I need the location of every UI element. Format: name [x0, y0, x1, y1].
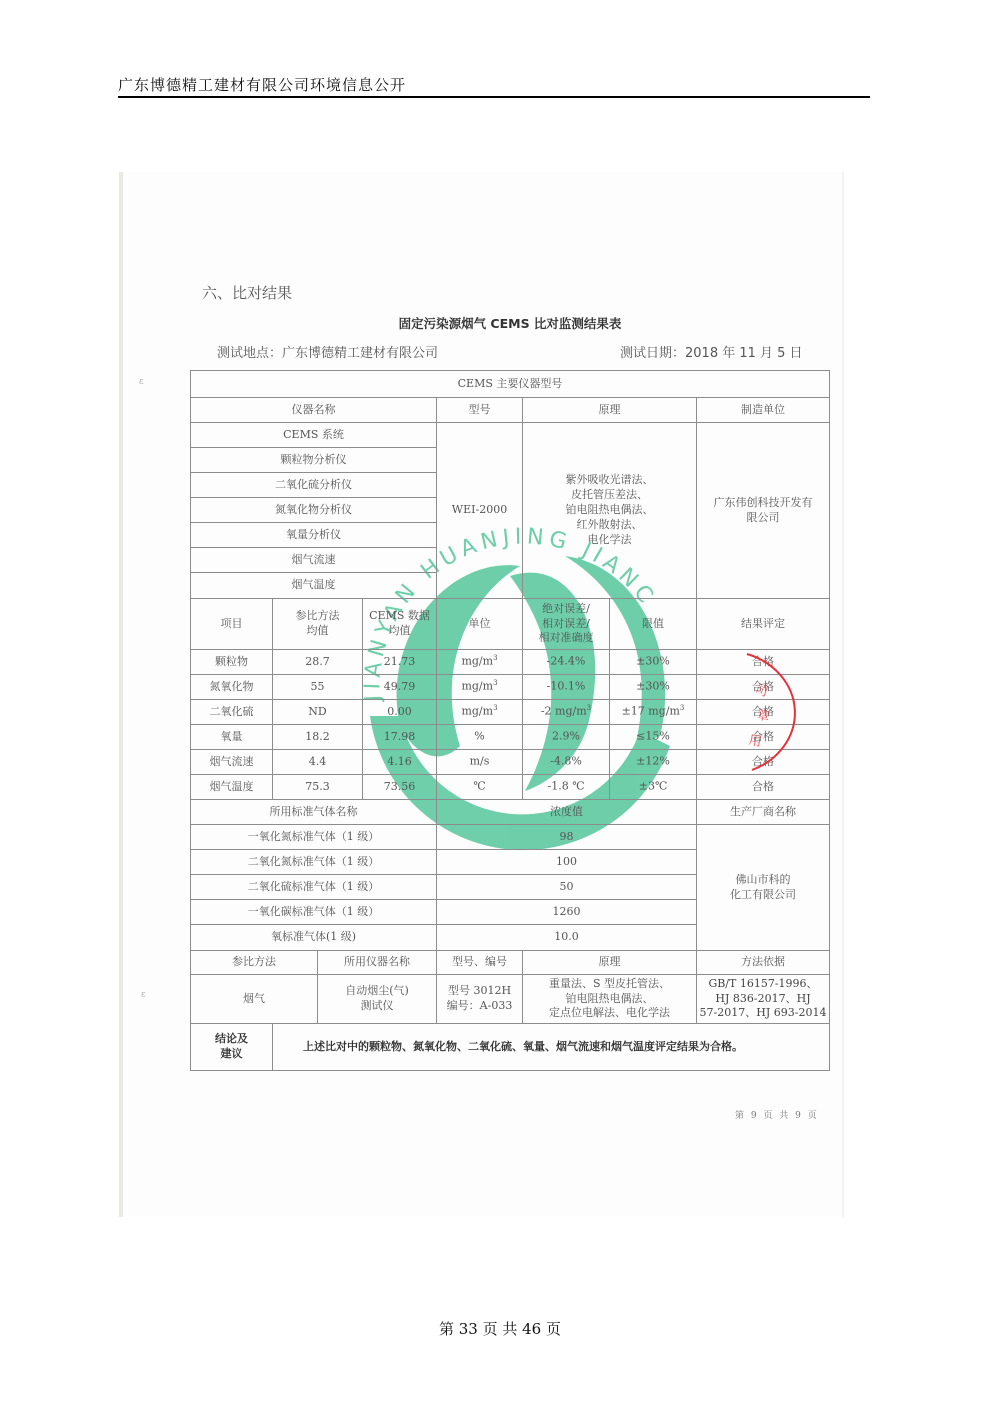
col-header-limit: 限值 [610, 599, 697, 650]
section-title: 六、比对结果 [202, 282, 292, 303]
result-item: 氧量 [191, 725, 273, 750]
result-row: 氮氧化物5549.79mg/m3-10.1%±30%合格 [191, 675, 830, 700]
gas-name: 一氧化氮标准气体（1 级） [191, 825, 437, 850]
col-header-gas-manufacturer: 生产厂商名称 [697, 800, 830, 825]
gas-concentration: 50 [437, 875, 697, 900]
ref-method: 烟气 [191, 975, 318, 1024]
col-header-item: 项目 [191, 599, 273, 650]
gas-name: 一氧化碳标准气体（1 级） [191, 900, 437, 925]
instrument-name: 烟气流速 [191, 548, 437, 573]
result-cems-mean: 49.79 [363, 675, 437, 700]
col-header-model: 型号 [437, 398, 523, 423]
instrument-caption: CEMS 主要仪器型号 [191, 371, 830, 398]
result-limit: ±30% [610, 675, 697, 700]
col-header-ref-principle: 原理 [523, 951, 697, 975]
result-item: 烟气流速 [191, 750, 273, 775]
result-unit: ℃ [437, 775, 523, 800]
instrument-name: 二氧化硫分析仪 [191, 473, 437, 498]
conclusion-label: 结论及 建议 [191, 1024, 273, 1071]
ref-model-serial: 型号 3012H 编号：A-033 [437, 975, 523, 1024]
result-error: -10.1% [523, 675, 610, 700]
page-footer-number: 第 33 页 共 46 页 [0, 1318, 1000, 1339]
result-ref-mean: ND [273, 700, 363, 725]
conclusion-text: 上述比对中的颗粒物、氮氧化物、二氧化硫、氧量、烟气流速和烟气温度评定结果为合格。 [273, 1024, 830, 1071]
result-ref-mean: 18.2 [273, 725, 363, 750]
result-unit: mg/m3 [437, 650, 523, 675]
result-ref-mean: 4.4 [273, 750, 363, 775]
ref-instrument: 自动烟尘(气) 测试仪 [318, 975, 437, 1024]
header-divider [118, 96, 870, 98]
col-header-error: 绝对误差/ 相对误差/ 相对准确度 [523, 599, 610, 650]
result-ref-mean: 75.3 [273, 775, 363, 800]
result-row: 二氧化硫ND0.00mg/m3-2 mg/m3±17 mg/m3合格 [191, 700, 830, 725]
result-unit: mg/m3 [437, 675, 523, 700]
instrument-model: WEI-2000 [437, 423, 523, 599]
result-error: -2 mg/m3 [523, 700, 610, 725]
result-ref-mean: 28.7 [273, 650, 363, 675]
result-unit: mg/m3 [437, 700, 523, 725]
test-site: 测试地点：广东博德精工建材有限公司 [217, 342, 438, 361]
gas-name: 氧标准气体(1 级) [191, 925, 437, 951]
test-date: 测试日期：2018 年 11 月 5 日 [620, 342, 803, 361]
result-cems-mean: 21.73 [363, 650, 437, 675]
instrument-name: CEMS 系统 [191, 423, 437, 448]
gas-concentration: 100 [437, 850, 697, 875]
col-header-ref-mean: 参比方法 均值 [273, 599, 363, 650]
col-header-instrument-name: 仪器名称 [191, 398, 437, 423]
table-title: 固定污染源烟气 CEMS 比对监测结果表 [190, 314, 830, 332]
result-limit: ±3℃ [610, 775, 697, 800]
result-verdict: 合格 [697, 775, 830, 800]
gas-concentration: 98 [437, 825, 697, 850]
col-header-verdict: 结果评定 [697, 599, 830, 650]
result-cems-mean: 0.00 [363, 700, 437, 725]
page-header-title: 广东博德精工建材有限公司环境信息公开 [118, 74, 870, 98]
instrument-name: 烟气温度 [191, 573, 437, 599]
gas-manufacturer: 佛山市科的 化工有限公司 [697, 825, 830, 951]
instrument-name: 颗粒物分析仪 [191, 448, 437, 473]
result-error: -24.4% [523, 650, 610, 675]
col-header-manufacturer: 制造单位 [697, 398, 830, 423]
result-row: 烟气流速4.44.16m/s-4.8%±12%合格 [191, 750, 830, 775]
result-row: 氧量18.217.98%2.9%≤15%合格 [191, 725, 830, 750]
col-header-ref-method: 参比方法 [191, 951, 318, 975]
scan-speck: ε [139, 377, 144, 387]
result-verdict: 合格 [697, 650, 830, 675]
result-row: 烟气温度75.373.56℃-1.8 ℃±3℃合格 [191, 775, 830, 800]
col-header-gas-name: 所用标准气体名称 [191, 800, 437, 825]
col-header-model-serial: 型号、编号 [437, 951, 523, 975]
col-header-concentration: 浓度值 [437, 800, 697, 825]
col-header-cems-mean: CEMS 数据 均值 [363, 599, 437, 650]
col-header-ref-instrument: 所用仪器名称 [318, 951, 437, 975]
result-limit: ±30% [610, 650, 697, 675]
result-error: -1.8 ℃ [523, 775, 610, 800]
result-error: 2.9% [523, 725, 610, 750]
instrument-name: 氮氧化物分析仪 [191, 498, 437, 523]
instrument-manufacturer: 广东伟创科技开发有 限公司 [697, 423, 830, 599]
result-item: 二氧化硫 [191, 700, 273, 725]
result-ref-mean: 55 [273, 675, 363, 700]
result-item: 烟气温度 [191, 775, 273, 800]
result-verdict: 合格 [697, 675, 830, 700]
result-row: 颗粒物28.721.73mg/m3-24.4%±30%合格 [191, 650, 830, 675]
scan-speck: ε [141, 990, 146, 1000]
result-limit: ±12% [610, 750, 697, 775]
cems-comparison-table: CEMS 主要仪器型号 仪器名称 型号 原理 制造单位 CEMS 系统 WEI-… [190, 370, 830, 1071]
instrument-principle: 紫外吸收光谱法、 皮托管压差法、 铂电阻热电偶法、 红外散射法、 电化学法 [523, 423, 697, 599]
result-limit: ≤15% [610, 725, 697, 750]
ref-principle: 重量法、S 型皮托管法、 铂电阻热电偶法、 定点位电解法、电化学法 [523, 975, 697, 1024]
gas-name: 二氧化硫标准气体（1 级） [191, 875, 437, 900]
gas-name: 二氧化氮标准气体（1 级） [191, 850, 437, 875]
result-cems-mean: 4.16 [363, 750, 437, 775]
col-header-method-basis: 方法依据 [697, 951, 830, 975]
ref-method-basis: GB/T 16157-1996、 HJ 836-2017、HJ 57-2017、… [697, 975, 830, 1024]
result-cems-mean: 73.56 [363, 775, 437, 800]
result-verdict: 合格 [697, 750, 830, 775]
col-header-principle: 原理 [523, 398, 697, 423]
result-verdict: 合格 [697, 700, 830, 725]
gas-concentration: 10.0 [437, 925, 697, 951]
result-unit: % [437, 725, 523, 750]
result-cems-mean: 17.98 [363, 725, 437, 750]
col-header-unit: 单位 [437, 599, 523, 650]
result-verdict: 合格 [697, 725, 830, 750]
scan-page-number: 第 9 页 共 9 页 [735, 1108, 819, 1121]
result-error: -4.8% [523, 750, 610, 775]
instrument-name: 氧量分析仪 [191, 523, 437, 548]
results-rows: 颗粒物28.721.73mg/m3-24.4%±30%合格氮氧化物5549.79… [191, 650, 830, 800]
result-unit: m/s [437, 750, 523, 775]
gas-concentration: 1260 [437, 900, 697, 925]
result-item: 颗粒物 [191, 650, 273, 675]
result-item: 氮氧化物 [191, 675, 273, 700]
result-limit: ±17 mg/m3 [610, 700, 697, 725]
